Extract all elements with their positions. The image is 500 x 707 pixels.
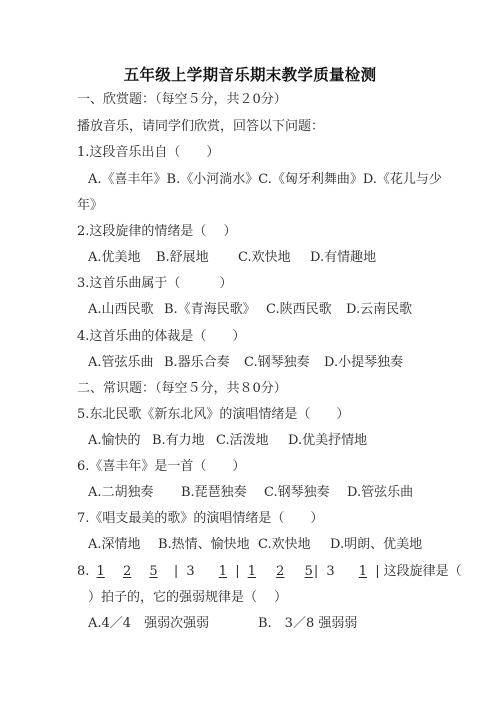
option-d: D.管弦乐曲 [347, 485, 413, 501]
question-2-options: A.优美地B.舒展地C.欢快地D.有情趣地 [88, 250, 376, 266]
option-a: A.管弦乐曲 [88, 355, 164, 371]
option-d: D.有情趣地 [310, 250, 376, 266]
option-a: A.山西民歌 [88, 302, 164, 318]
question-8-stem-tail: 这段旋律是（ [384, 564, 462, 579]
note: 1 [248, 564, 256, 580]
option-a: A.愉快的 [88, 433, 152, 449]
question-1-options: A.《喜丰年》B.《小河淌水》C.《匈牙利舞曲》D.《花儿与少 [88, 172, 442, 188]
option-c: C.欢快地 [258, 537, 330, 553]
note: 1 [97, 564, 105, 580]
option-b: B. 3／8 强弱弱 [258, 616, 357, 632]
question-1-continuation: 年》 [77, 198, 103, 214]
note: 5 [305, 564, 313, 580]
option-b: B.热情、愉快地 [158, 537, 258, 553]
note: 3 [186, 564, 194, 579]
question-number: 8. [77, 564, 89, 579]
question-4-options: A.管弦乐曲B.器乐合奏C.钢琴独奏D.小提琴独奏 [88, 355, 403, 371]
option-c: C.活泼地 [216, 433, 288, 449]
question-8-options: A.4／4 强弱次强弱B. 3／8 强弱弱 [88, 616, 357, 632]
question-6-stem: 6.《喜丰年》是一首（ ） [77, 459, 245, 475]
option-c: C.陕西民歌 [266, 302, 346, 318]
exam-page: 五年级上学期音乐期末教学质量检测 一、欣赏题：（每空５分，共２0分） 播放音乐，… [0, 0, 500, 707]
option-a: A.优美地 [88, 250, 156, 266]
question-3-options: A.山西民歌B.《青海民歌》C.陕西民歌D.云南民歌 [88, 302, 412, 318]
bar-line: | [174, 564, 178, 580]
option-b: B.琵琶独奏 [181, 485, 264, 501]
question-5-stem: 5.东北民歌《新东北风》的演唱情绪是（ ） [77, 407, 349, 423]
question-2-stem: 2.这段旋律的情绪是（ ） [77, 224, 237, 240]
note: 5 [149, 564, 157, 580]
bar-line: | [314, 564, 318, 580]
option-b: B.《小河淌水》 [167, 172, 259, 188]
note: 2 [276, 564, 284, 580]
option-b: B.《青海民歌》 [164, 302, 266, 318]
option-a: A.二胡独奏 [88, 485, 181, 501]
question-6-options: A.二胡独奏B.琵琶独奏C.钢琴独奏D.管弦乐曲 [88, 485, 413, 501]
option-c: C.《匈牙利舞曲》 [258, 172, 363, 188]
note: 1 [359, 564, 367, 580]
option-d: D.明朗、优美地 [330, 537, 422, 553]
option-c: C.钢琴独奏 [264, 485, 347, 501]
bar-line: | [235, 564, 239, 580]
option-a: A.4／4 强弱次强弱 [88, 616, 258, 632]
option-b: B.器乐合奏 [164, 355, 244, 371]
option-d: D.《花儿与少 [363, 172, 442, 188]
option-b: B.舒展地 [156, 250, 238, 266]
question-3-stem: 3.这首乐曲属于（ ） [77, 276, 232, 292]
option-c: C.钢琴独奏 [244, 355, 324, 371]
question-7-options: A.深情地B.热情、愉快地C.欢快地D.明朗、优美地 [88, 537, 422, 553]
option-b: B.有力地 [152, 433, 216, 449]
section-2-heading: 二、常识题：（每空５分，共８0分） [77, 381, 287, 397]
option-d: D.云南民歌 [346, 302, 412, 318]
section-1-intro: 播放音乐，请同学们欣赏，回答以下问题： [77, 119, 324, 135]
note: 3 [326, 564, 334, 579]
option-c: C.欢快地 [238, 250, 310, 266]
option-d: D.小提琴独奏 [324, 355, 403, 371]
question-5-options: A.愉快的B.有力地C.活泼地D.优美抒情地 [88, 433, 367, 449]
question-1-stem: 1.这段音乐出自（ ） [77, 145, 219, 161]
option-a: A.《喜丰年》 [88, 172, 167, 188]
note: 2 [123, 564, 131, 580]
note: 1 [219, 564, 227, 580]
section-1-heading: 一、欣赏题：（每空５分，共２0分） [77, 92, 287, 108]
option-d: D.优美抒情地 [288, 433, 367, 449]
question-8-stem: 8. 1 2 5 | 3 1 | 1 2 5| 3 1 |这段旋律是（ [77, 564, 462, 580]
question-8-continuation: ）拍子的，它的强弱规律是（ ） [88, 590, 287, 606]
option-a: A.深情地 [88, 537, 158, 553]
page-title: 五年级上学期音乐期末教学质量检测 [0, 66, 500, 84]
question-4-stem: 4.这首乐曲的体裁是（ ） [77, 329, 245, 345]
question-7-stem: 7.《唱支最美的歌》的演唱情绪是（ ） [77, 511, 323, 527]
bar-line: | [375, 564, 379, 580]
